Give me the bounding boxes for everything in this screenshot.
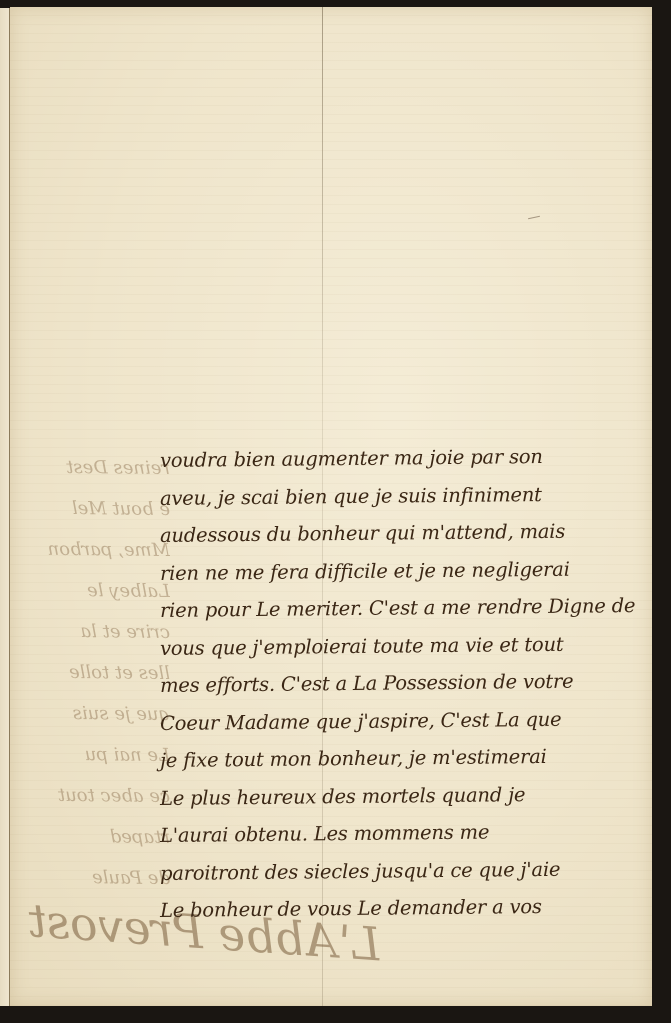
letter-line: L'aurai obtenu. Les mommens me	[160, 812, 655, 855]
bleed-line: rtaped	[20, 815, 170, 858]
bleed-line: Le nai pu	[20, 733, 170, 776]
letter-line: Coeur Madame que j'aspire, C'est La que	[160, 699, 655, 742]
letter-line: aveu, je scai bien que je suis infinimen…	[160, 474, 655, 517]
letter-line: audessous du bonheur qui m'attend, mais	[160, 512, 655, 555]
bleed-line: ce abec tout	[20, 774, 170, 817]
letter-line: mes efforts. C'est a La Possession de vo…	[160, 662, 655, 705]
letter-line: Le plus heureux des mortels quand je	[160, 774, 655, 817]
adjacent-page-edge	[0, 8, 10, 1006]
bleed-line: crire et la	[20, 610, 170, 653]
ink-mark	[528, 216, 540, 219]
bleed-line: e bout Mel	[20, 487, 170, 530]
letter-line: je fixe tout mon bonheur, je m'estimerai	[160, 737, 655, 780]
bleed-line: Mme, parbon	[20, 528, 170, 571]
letter-line: voudra bien augmenter ma joie par son	[160, 437, 655, 480]
bleed-line: de Paule	[20, 856, 170, 899]
letter-line: paroitront des siecles jusqu'a ce que j'…	[160, 849, 655, 892]
bleed-line: reines Dest	[20, 448, 170, 489]
letter-line: vous que j'emploierai toute ma vie et to…	[160, 624, 655, 667]
letter-line: rien pour Le meriter. C'est a me rendre …	[160, 587, 655, 630]
letter-body: voudra bien augmenter ma joie par son av…	[160, 442, 655, 930]
bleed-through-text: reines Dest e bout Mel Mme, parbon Lalbe…	[20, 448, 170, 908]
bleed-line: lles et tolle	[20, 651, 170, 694]
letter-line: Le bonheur de vous Le demander a vos	[160, 887, 655, 930]
letter-line: rien ne me fera difficile et je ne negli…	[160, 549, 655, 592]
bleed-line: Lalbey le	[20, 569, 170, 612]
bleed-line: que je suis	[20, 692, 170, 735]
